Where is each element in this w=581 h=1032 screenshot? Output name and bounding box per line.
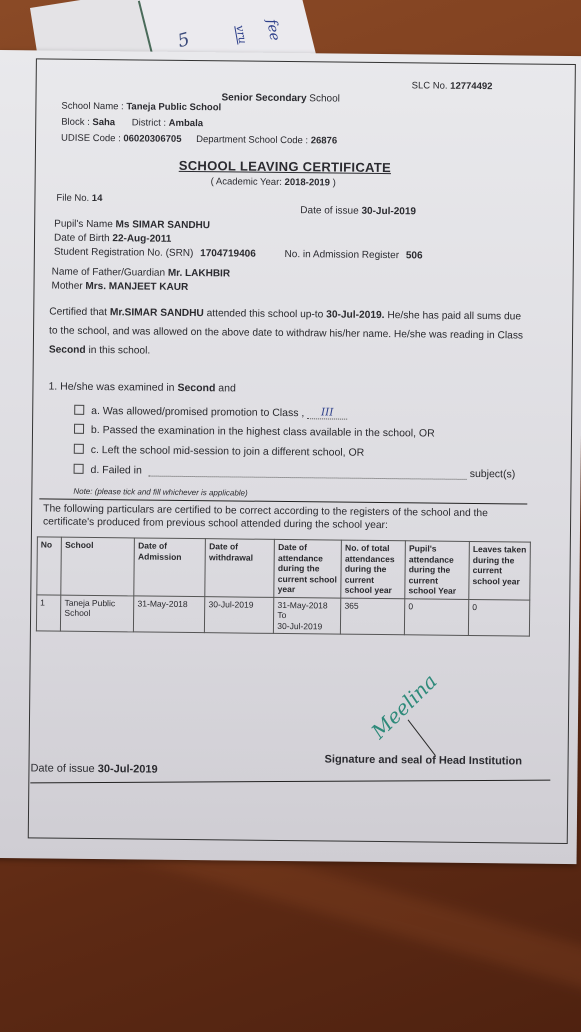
cert-text-4: in this school. [88,345,150,357]
mother-label: Mother [51,281,82,292]
admission-register-label: No. in Admission Register [285,249,400,261]
col-leaves: Leaves taken during the current school y… [469,541,531,599]
file-no: File No. 14 [56,193,102,204]
footer-doi-label: Date of issue [30,762,94,775]
pupil-name-label: Pupil's Name [54,219,113,231]
cert-text-2: attended this school up-to [207,308,324,320]
academic-year-value: 2018-2019 [285,177,331,188]
block-label: Block : [61,117,90,128]
district-value: Ambala [169,118,203,129]
option-a-label: a. Was allowed/promised promotion to Cla… [91,405,304,419]
dept-code-value: 26876 [311,135,338,146]
district-label: District : [132,117,166,128]
date-of-issue-bottom: Date of issue 30-Jul-2019 [30,762,157,775]
pupil-name-value: SIMAR SANDHU [132,219,210,231]
instruction-note: Note: (please tick and fill whichever is… [73,487,247,498]
certification-paragraph: Certified that Mr.SIMAR SANDHU attended … [49,303,530,365]
cert-pupil: Mr.SIMAR SANDHU [110,307,204,319]
udise-label: UDISE Code : [61,133,121,145]
col-school: School [61,537,135,595]
col-attendance-dates: Date of attendance during the current sc… [274,539,342,597]
cell-withdrawal: 30-Jul-2019 [205,596,274,633]
slc-value: 12774492 [450,81,492,92]
school-type-suffix: School [309,93,340,104]
table-row: 1 Taneja Public School 31-May-2018 30-Ju… [36,594,529,636]
academic-year-prefix: ( Academic Year: [211,176,282,188]
mother-value: Mrs. MANJEET KAUR [85,281,188,293]
option-c-checkbox[interactable] [74,444,84,454]
col-total-attendances: No. of total attendances during the curr… [341,540,406,598]
attendance-from: 31-May-2018 [277,599,337,610]
admission-register-value: 506 [406,250,423,261]
option-b-checkbox[interactable] [74,424,84,434]
udise-value: 06020306705 [123,133,181,145]
date-of-issue-top: Date of issue 30-Jul-2019 [300,205,416,217]
cell-pupil-attendance: 0 [405,598,469,635]
dob-line: Date of Birth 22-Aug-2011 [54,233,171,245]
signature-label: Signature and seal of Head Institution [325,753,523,767]
cert-class: Second [49,345,86,356]
file-no-value: 14 [92,193,103,204]
school-name-line: School Name : Taneja Public School [61,101,221,114]
pupil-salutation: Ms [116,219,130,230]
school-type: Senior Secondary School [221,92,339,104]
school-leaving-certificate: SLC No. 12774492 Senior Secondary School… [0,50,581,864]
col-pupil-attendance: Pupil's attendance during the current sc… [405,541,470,599]
particulars-intro: The following particulars are certified … [43,502,531,533]
block-district-line: Block : Saha District : Ambala [61,117,203,129]
academic-year: ( Academic Year: 2018-2019 ) [211,176,336,188]
file-no-label: File No. [56,193,89,204]
father-label: Name of Father/Guardian [52,267,165,279]
col-withdrawal: Date of withdrawal [205,539,275,597]
dob-value: 22-Aug-2011 [112,233,171,245]
cell-school: Taneja Public School [61,595,134,632]
exam-intro-prefix: 1. He/she was examined in [48,381,174,394]
certificate-title: SCHOOL LEAVING CERTIFICATE [179,158,391,175]
attendance-to: 30-Jul-2019 [277,620,337,631]
cert-text-1: Certified that [49,307,107,319]
footer-doi-value: 30-Jul-2019 [98,763,158,776]
slc-label: SLC No. [412,80,448,91]
cell-admission: 31-May-2018 [134,595,205,632]
date-of-issue-value: 30-Jul-2019 [361,206,416,218]
particulars-table: No School Date of Admission Date of with… [36,536,531,636]
slc-number: SLC No. 12774492 [412,80,493,92]
option-d-checkbox[interactable] [74,464,84,474]
col-no: No [37,537,62,595]
father-line: Name of Father/Guardian Mr. LAKHBIR [52,267,231,280]
date-of-issue-label: Date of issue [300,205,358,217]
option-d-suffix: subject(s) [470,468,516,480]
school-type-bold: Senior Secondary [221,92,306,104]
table-header-row: No School Date of Admission Date of with… [37,537,531,600]
dept-code-label: Department School Code : [196,134,308,146]
option-a-checkbox[interactable] [74,405,84,415]
mother-line: Mother Mrs. MANJEET KAUR [51,281,188,293]
pupil-name-line: Pupil's Name Ms SIMAR SANDHU [54,219,210,232]
col-admission: Date of Admission [134,538,206,596]
exam-intro-class: Second [177,382,215,394]
academic-year-suffix: ) [333,177,336,188]
promotion-class-field[interactable]: III [307,406,347,419]
cert-upto-date: 30-Jul-2019. [326,309,384,321]
examination-intro: 1. He/she was examined in Second and [48,381,236,395]
school-name-value: Taneja Public School [126,101,221,113]
cell-total-attendances: 365 [341,598,405,635]
father-value: Mr. LAKHBIR [168,268,230,280]
attendance-to-word: To [277,610,337,621]
option-d-label: d. Failed in [90,464,141,477]
srn-value: 1704719406 [200,248,256,260]
srn-label: Student Registration No. (SRN) [54,247,194,259]
school-name-label: School Name : [61,101,123,113]
exam-intro-suffix: and [218,382,236,394]
cell-leaves: 0 [468,599,529,636]
block-value: Saha [92,117,115,128]
cell-attendance-dates: 31-May-2018 To 30-Jul-2019 [274,597,341,634]
cell-no: 1 [36,594,61,631]
dob-label: Date of Birth [54,233,110,245]
